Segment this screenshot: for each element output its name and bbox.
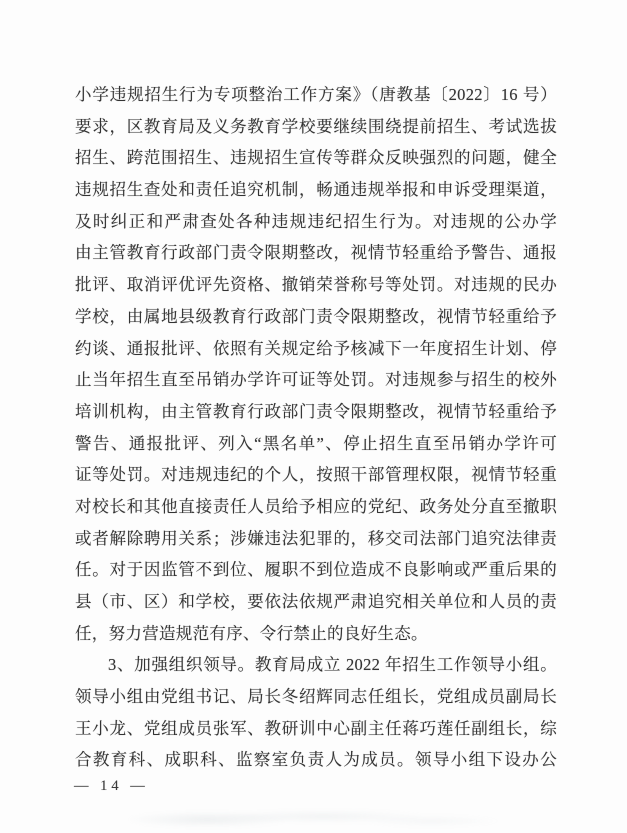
text-line: 培训机构，由主管教育行政部门责令限期整改，视情节轻重给予: [75, 396, 557, 428]
text-line: 领导小组由党组书记、局长冬绍辉同志任组长，党组成员副局长: [75, 681, 557, 713]
text-line: 对校长和其他直接责任人员给予相应的党纪、政务处分直至撤职: [75, 491, 557, 523]
text-line: 由主管教育行政部门责令限期整改，视情节轻重给予警告、通报: [75, 237, 557, 269]
text-line: 招生、跨范围招生、违规招生宣传等群众反映强烈的问题，健全: [75, 142, 557, 174]
text-line: 合教育科、成职科、监察室负责人为成员。领导小组下设办公室，: [75, 744, 557, 776]
text-line: 及时纠正和严肃查处各种违规违纪招生行为。对违规的公办学校，: [75, 206, 557, 238]
page-number: — 14 —: [74, 778, 149, 795]
text-line: 3、加强组织领导。教育局成立 2022 年招生工作领导小组。: [75, 649, 557, 681]
text-line: 任，努力营造规范有序、令行禁止的良好生态。: [75, 618, 557, 650]
text-line: 约谈、通报批评、依照有关规定给予核减下一年度招生计划、停: [75, 333, 557, 365]
text-line: 要求，区教育局及义务教育学校要继续围绕提前招生、考试选拔: [75, 111, 557, 143]
document-body: 小学违规招生行为专项整治工作方案》（唐教基〔2022〕16 号）要求，区教育局及…: [75, 79, 557, 776]
text-line: 违规招生查处和责任追究机制，畅通违规举报和申诉受理渠道，: [75, 174, 557, 206]
text-line: 批评、取消评优评先资格、撤销荣誉称号等处罚。对违规的民办: [75, 269, 557, 301]
text-line: 证等处罚。对违规违纪的个人，按照干部管理权限，视情节轻重: [75, 459, 557, 491]
text-line: 学校，由属地县级教育行政部门责令限期整改，视情节轻重给予: [75, 301, 557, 333]
bleed-through-smudge: [130, 803, 560, 833]
scanned-document-page: 小学违规招生行为专项整治工作方案》（唐教基〔2022〕16 号）要求，区教育局及…: [0, 0, 627, 833]
text-line: 小学违规招生行为专项整治工作方案》（唐教基〔2022〕16 号）: [75, 79, 557, 111]
text-line: 县（市、区）和学校，要依法依规严肃追究相关单位和人员的责: [75, 586, 557, 618]
text-line: 或者解除聘用关系；涉嫌违法犯罪的，移交司法部门追究法律责: [75, 523, 557, 555]
text-line: 任。对于因监管不到位、履职不到位造成不良影响或严重后果的: [75, 554, 557, 586]
text-line: 止当年招生直至吊销办学许可证等处罚。对违规参与招生的校外: [75, 364, 557, 396]
text-line: 警告、通报批评、列入“黑名单”、停止招生直至吊销办学许可: [75, 428, 557, 460]
text-line: 王小龙、党组成员张军、教研训中心副主任蒋巧莲任副组长，综: [75, 713, 557, 745]
